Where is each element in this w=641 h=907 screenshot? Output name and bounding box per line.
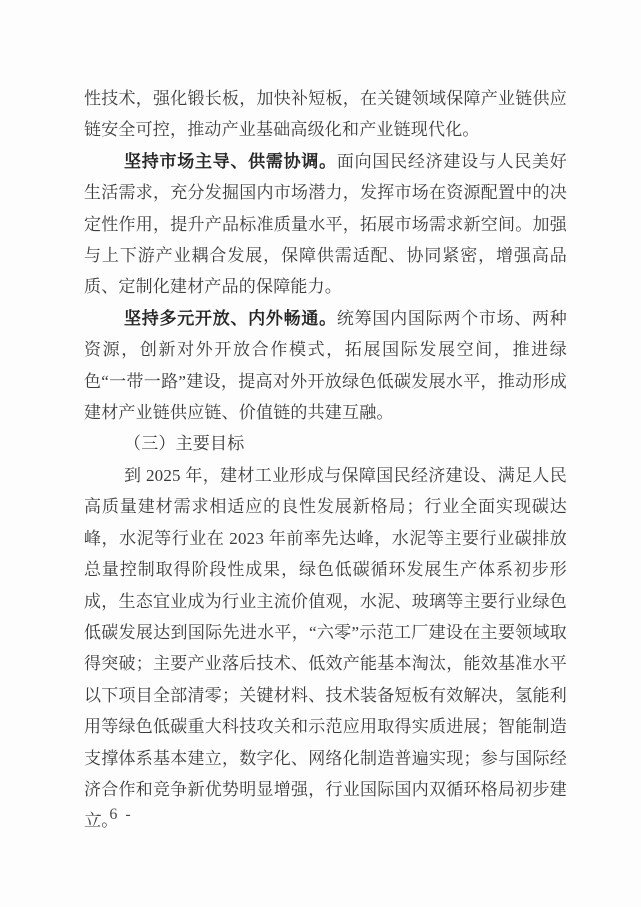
section-heading-text: （三）主要目标	[124, 434, 244, 453]
paragraph-openness-principle: 坚持多元开放、内外畅通。统筹国内国际两个市场、两种资源，创新对外开放合作模式，拓…	[84, 303, 567, 429]
section-heading-main-goals: （三）主要目标	[84, 428, 567, 459]
paragraph-bold-lead: 坚持多元开放、内外畅通。	[124, 309, 337, 328]
paragraph-2025-goals: 到 2025 年，建材工业形成与保障国民经济建设、满足人民高质量建材需求相适应的…	[84, 460, 567, 837]
paragraph-text: 到 2025 年，建材工业形成与保障国民经济建设、满足人民高质量建材需求相适应的…	[84, 466, 567, 830]
paragraph-market-principle: 坚持市场主导、供需协调。面向国民经济建设与人民美好生活需求，充分发掘国内市场潜力…	[84, 146, 567, 303]
page-number: - 6 -	[96, 806, 133, 824]
paragraph-continuation: 性技术，强化锻长板，加快补短板，在关键领域保障产业链供应链安全可控，推动产业基础…	[84, 83, 567, 146]
paragraph-text: 面向国民经济建设与人民美好生活需求，充分发掘国内市场潜力，发挥市场在资源配置中的…	[84, 152, 567, 297]
paragraph-text: 性技术，强化锻长板，加快补短板，在关键领域保障产业链供应链安全可控，推动产业基础…	[84, 89, 567, 139]
document-page: 性技术，强化锻长板，加快补短板，在关键领域保障产业链供应链安全可控，推动产业基础…	[0, 0, 641, 907]
paragraph-bold-lead: 坚持市场主导、供需协调。	[124, 152, 337, 171]
document-body: 性技术，强化锻长板，加快补短板，在关键领域保障产业链供应链安全可控，推动产业基础…	[84, 83, 567, 837]
